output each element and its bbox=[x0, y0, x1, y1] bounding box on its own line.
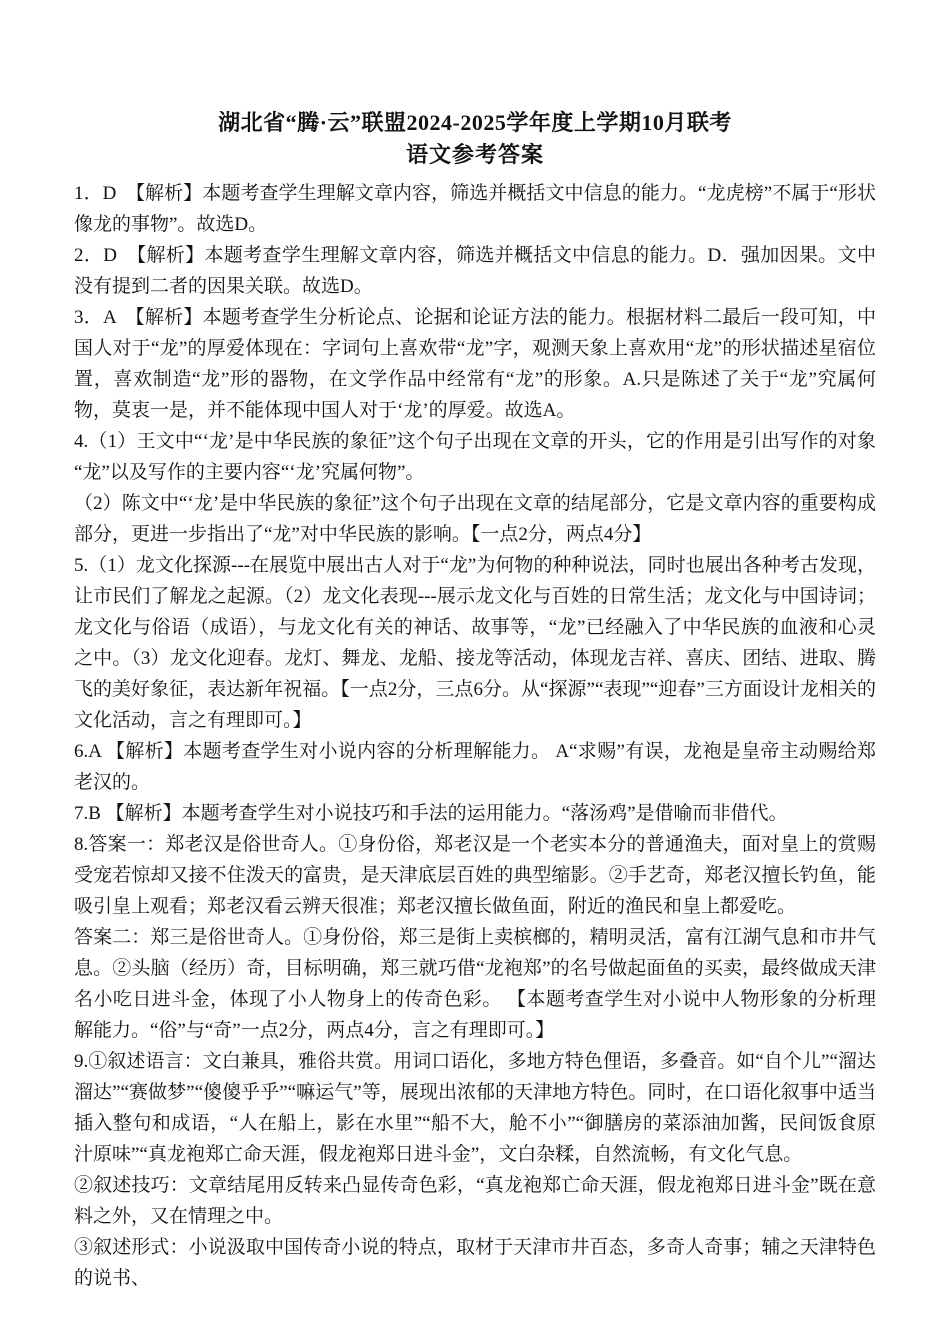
answer-item-3: 3．A 【解析】本题考查学生分析论点、论据和论证方法的能力。根据材料二最后一段可… bbox=[74, 302, 876, 426]
answer-item-9-point1: 9.①叙述语言：文白兼具，雅俗共赏。用词口语化，多地方特色俚语，多叠音。如“自个… bbox=[74, 1046, 876, 1170]
answer-item-7: 7.B 【解析】本题考查学生对小说技巧和手法的运用能力。“落汤鸡”是借喻而非借代… bbox=[74, 798, 876, 829]
answer-item-4-part1: 4.（1）王文中“‘龙’是中华民族的象征”这个句子出现在文章的开头，它的作用是引… bbox=[74, 426, 876, 488]
answer-item-8-answer2: 答案二：郑三是俗世奇人。①身份俗，郑三是街上卖槟榔的，精明灵活，富有江湖气息和市… bbox=[74, 922, 876, 1046]
document-subtitle: 语文参考答案 bbox=[74, 140, 876, 170]
answer-item-1: 1．D 【解析】本题考查学生理解文章内容，筛选并概括文中信息的能力。“龙虎榜”不… bbox=[74, 178, 876, 240]
answer-item-4-part2: （2）陈文中“‘龙’是中华民族的象征”这个句子出现在文章的结尾部分，它是文章内容… bbox=[74, 488, 876, 550]
answer-item-2: 2．D 【解析】本题考查学生理解文章内容，筛选并概括文中信息的能力。D．强加因果… bbox=[74, 240, 876, 302]
answer-item-5: 5.（1）龙文化探源---在展览中展出古人对于“龙”为何物的种种说法，同时也展出… bbox=[74, 550, 876, 736]
answer-item-9-point2: ②叙述技巧：文章结尾用反转来凸显传奇色彩，“真龙袍郑亡命天涯，假龙袍郑日进斗金”… bbox=[74, 1170, 876, 1232]
answer-item-6: 6.A 【解析】本题考查学生对小说内容的分析理解能力。 A“求赐”有误，龙袍是皇… bbox=[74, 736, 876, 798]
answer-item-9-point3: ③叙述形式：小说汲取中国传奇小说的特点，取材于天津市井百态，多奇人奇事；辅之天津… bbox=[74, 1232, 876, 1294]
answers-body: 1．D 【解析】本题考查学生理解文章内容，筛选并概括文中信息的能力。“龙虎榜”不… bbox=[74, 178, 876, 1294]
document-title: 湖北省“腾·云”联盟2024-2025学年度上学期10月联考 bbox=[74, 108, 876, 138]
document-page: 湖北省“腾·云”联盟2024-2025学年度上学期10月联考 语文参考答案 1．… bbox=[0, 0, 950, 1344]
answer-item-8-answer1: 8.答案一：郑老汉是俗世奇人。①身份俗，郑老汉是一个老实本分的普通渔夫，面对皇上… bbox=[74, 829, 876, 922]
